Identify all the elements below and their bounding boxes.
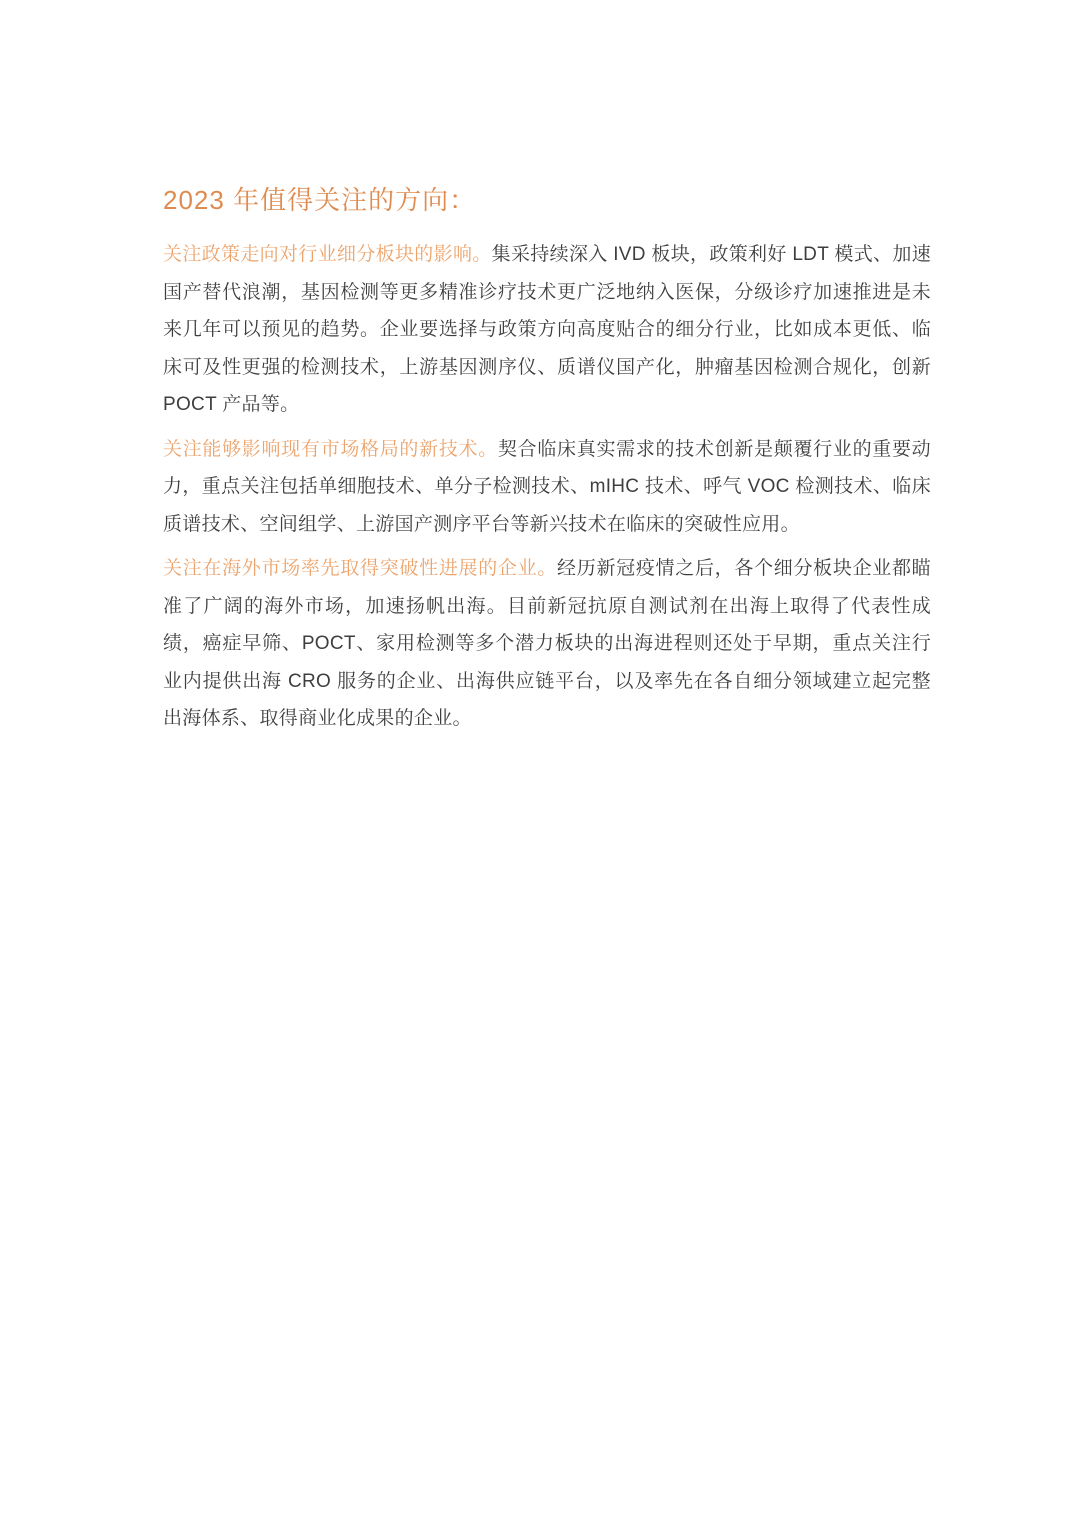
article-content: 2023 年值得关注的方向： 关注政策走向对行业细分板块的影响。集采持续深入 I… xyxy=(163,180,931,738)
paragraph-lead: 关注政策走向对行业细分板块的影响。 xyxy=(163,244,492,265)
paragraph-lead: 关注能够影响现有市场格局的新技术。 xyxy=(163,439,498,460)
page-title: 2023 年值得关注的方向： xyxy=(163,180,931,220)
paragraph-body: 经历新冠疫情之后，各个细分板块企业都瞄准了广阔的海外市场，加速扬帆出海。目前新冠… xyxy=(163,558,931,729)
paragraph-body: 集采持续深入 IVD 板块，政策利好 LDT 模式、加速国产替代浪潮，基因检测等… xyxy=(163,244,931,415)
paragraph-lead: 关注在海外市场率先取得突破性进展的企业。 xyxy=(163,558,557,579)
paragraph: 关注能够影响现有市场格局的新技术。契合临床真实需求的技术创新是颠覆行业的重要动力… xyxy=(163,431,931,544)
paragraph: 关注政策走向对行业细分板块的影响。集采持续深入 IVD 板块，政策利好 LDT … xyxy=(163,236,931,424)
document-page: 2023 年值得关注的方向： 关注政策走向对行业细分板块的影响。集采持续深入 I… xyxy=(0,0,1080,1527)
paragraph: 关注在海外市场率先取得突破性进展的企业。经历新冠疫情之后，各个细分板块企业都瞄准… xyxy=(163,550,931,738)
